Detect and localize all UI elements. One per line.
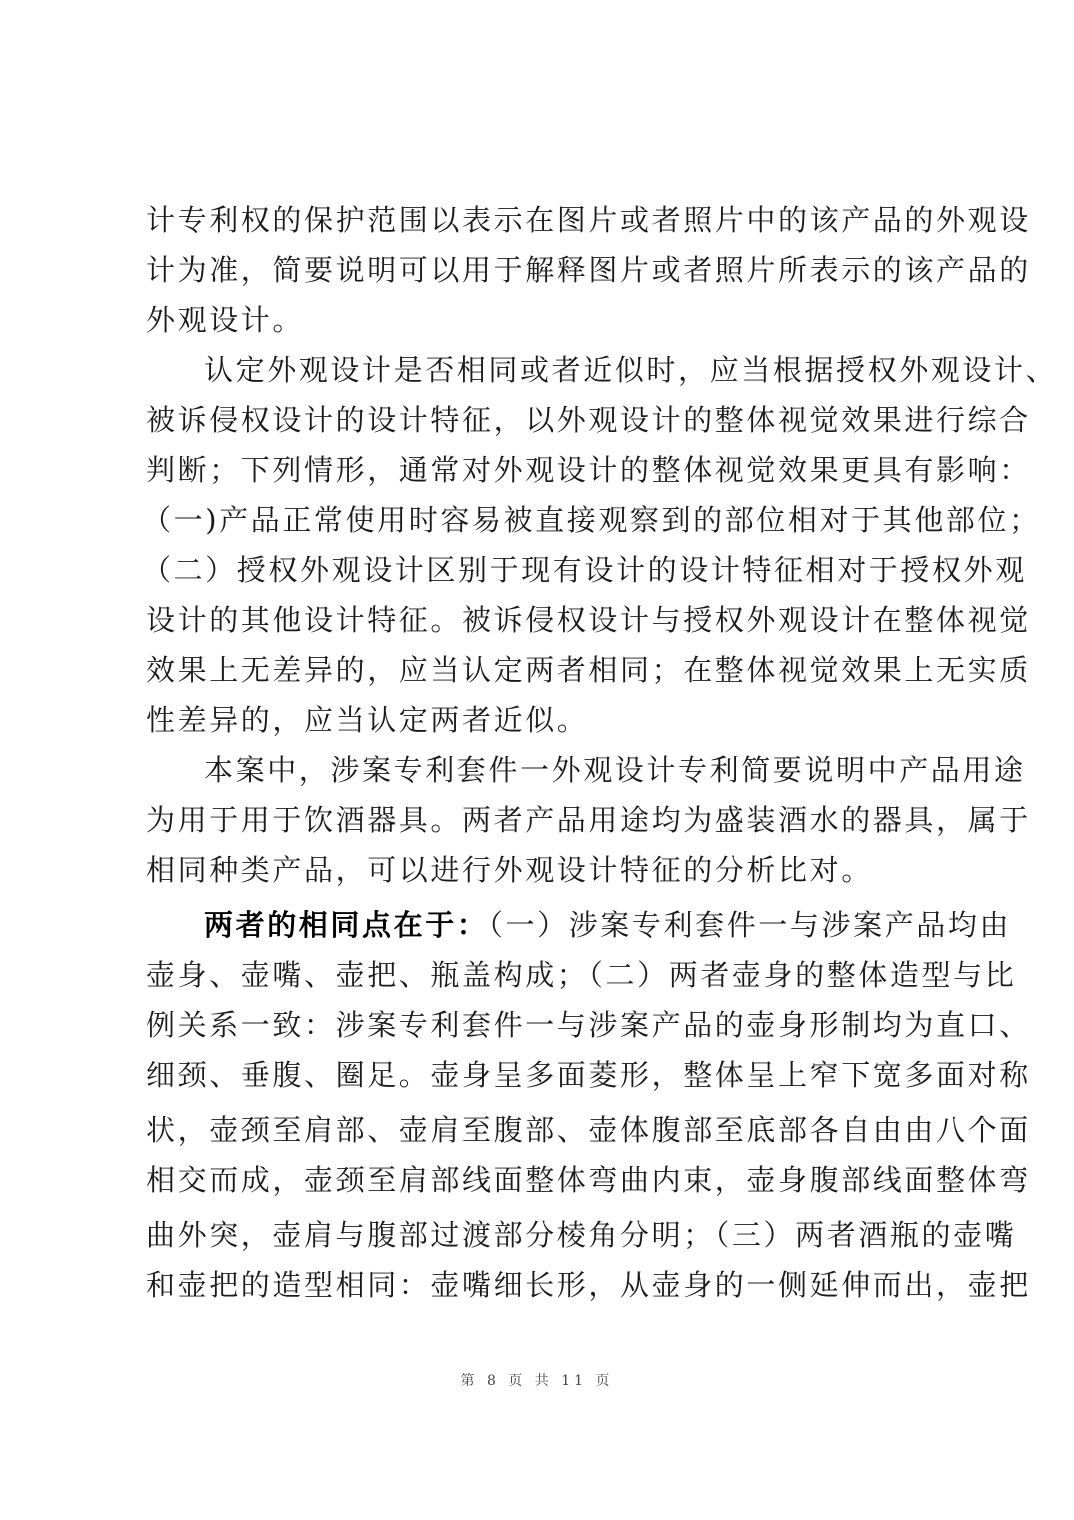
- text-line: 为用于用于饮酒器具。两者产品用途均为盛装酒水的器具，属于: [146, 800, 1031, 840]
- text-line: 相同种类产品，可以进行外观设计特征的分析比对。: [146, 850, 873, 890]
- line-text: 外观设计。: [146, 303, 304, 337]
- text-line: 状，壶颈至肩部、壶肩至腹部、壶体腹部至底部各自由由八个面: [146, 1110, 1031, 1150]
- text-line: 外观设计。: [146, 300, 304, 340]
- line-text: 状，壶颈至肩部、壶肩至腹部、壶体腹部至底部各自由由八个面: [146, 1113, 1031, 1147]
- text-line: 计为准，简要说明可以用于解释图片或者照片所表示的该产品的: [146, 250, 1031, 290]
- line-text: （一）涉案专利套件一与涉案产品均由: [488, 908, 1011, 942]
- line-text: 相同种类产品，可以进行外观设计特征的分析比对。: [146, 853, 873, 887]
- line-text: （一)产品正常使用时容易被直接观察到的部位相对于其他部位；: [142, 503, 1041, 537]
- document-page: 计专利权的保护范围以表示在图片或者照片中的该产品的外观设计为准，简要说明可以用于…: [0, 0, 1074, 1520]
- text-line: 相交而成，壶颈至肩部线面整体弯曲内束，壶身腹部线面整体弯: [146, 1160, 1031, 1200]
- line-text: 为用于用于饮酒器具。两者产品用途均为盛装酒水的器具，属于: [146, 803, 1031, 837]
- line-text: 曲外突，壶肩与腹部过渡部分棱角分明；（三）两者酒瓶的壶嘴: [146, 1218, 1016, 1252]
- line-text: 和壶把的造型相同：壶嘴细长形，从壶身的一侧延伸而出，壶把: [146, 1268, 1031, 1302]
- text-line: 两者的相同点在于：（一）涉案专利套件一与涉案产品均由: [204, 905, 1011, 945]
- text-line: （二）授权外观设计区别于现有设计的设计特征相对于授权外观: [142, 550, 1027, 590]
- text-line: 壶身、壶嘴、壶把、瓶盖构成；（二）两者壶身的整体造型与比: [146, 955, 1016, 995]
- line-text: 本案中，涉案专利套件一外观设计专利简要说明中产品用途: [204, 753, 1026, 787]
- text-line: 计专利权的保护范围以表示在图片或者照片中的该产品的外观设: [146, 200, 1031, 240]
- text-line: （一)产品正常使用时容易被直接观察到的部位相对于其他部位；: [142, 500, 1041, 540]
- text-line: 和壶把的造型相同：壶嘴细长形，从壶身的一侧延伸而出，壶把: [146, 1265, 1031, 1305]
- line-text: 计为准，简要说明可以用于解释图片或者照片所表示的该产品的: [146, 253, 1031, 287]
- line-text: 效果上无差异的，应当认定两者相同；在整体视觉效果上无实质: [146, 653, 1031, 687]
- text-line: 性差异的，应当认定两者近似。: [146, 700, 588, 740]
- line-text: 计专利权的保护范围以表示在图片或者照片中的该产品的外观设: [146, 203, 1031, 237]
- line-text: 判断；下列情形，通常对外观设计的整体视觉效果更具有影响：: [146, 453, 1031, 487]
- line-text: 被诉侵权设计的设计特征，以外观设计的整体视觉效果进行综合: [146, 403, 1031, 437]
- line-text: 认定外观设计是否相同或者近似时，应当根据授权外观设计、: [204, 353, 1057, 387]
- line-text: 性差异的，应当认定两者近似。: [146, 703, 588, 737]
- line-text: 例关系一致：涉案专利套件一与涉案产品的壶身形制均为直口、: [146, 1008, 1031, 1042]
- line-text: 细颈、垂腹、圈足。壶身呈多面菱形，整体呈上窄下宽多面对称: [146, 1058, 1031, 1092]
- text-line: 曲外突，壶肩与腹部过渡部分棱角分明；（三）两者酒瓶的壶嘴: [146, 1215, 1016, 1255]
- text-line: 判断；下列情形，通常对外观设计的整体视觉效果更具有影响：: [146, 450, 1031, 490]
- line-text: 设计的其他设计特征。被诉侵权设计与授权外观设计在整体视觉: [146, 603, 1031, 637]
- bold-lead-in: 两者的相同点在于：: [204, 908, 488, 942]
- text-line: 设计的其他设计特征。被诉侵权设计与授权外观设计在整体视觉: [146, 600, 1031, 640]
- text-line: 认定外观设计是否相同或者近似时，应当根据授权外观设计、: [204, 350, 1057, 390]
- text-line: 例关系一致：涉案专利套件一与涉案产品的壶身形制均为直口、: [146, 1005, 1031, 1045]
- text-line: 效果上无差异的，应当认定两者相同；在整体视觉效果上无实质: [146, 650, 1031, 690]
- text-line: 细颈、垂腹、圈足。壶身呈多面菱形，整体呈上窄下宽多面对称: [146, 1055, 1031, 1095]
- line-text: 相交而成，壶颈至肩部线面整体弯曲内束，壶身腹部线面整体弯: [146, 1163, 1031, 1197]
- line-text: （二）授权外观设计区别于现有设计的设计特征相对于授权外观: [142, 553, 1027, 587]
- page-footer: 第 8 页 共 11 页: [0, 1370, 1074, 1390]
- text-line: 被诉侵权设计的设计特征，以外观设计的整体视觉效果进行综合: [146, 400, 1031, 440]
- line-text: 壶身、壶嘴、壶把、瓶盖构成；（二）两者壶身的整体造型与比: [146, 958, 1016, 992]
- text-line: 本案中，涉案专利套件一外观设计专利简要说明中产品用途: [204, 750, 1026, 790]
